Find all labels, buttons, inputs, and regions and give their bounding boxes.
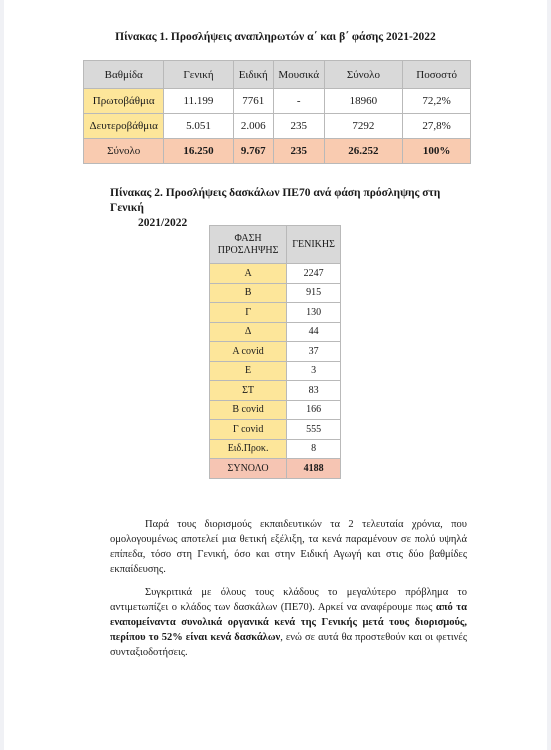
table1-row-label: Πρωτοβάθμια xyxy=(84,89,164,114)
table1-cell: 11.199 xyxy=(164,89,233,114)
paragraph-teachers-shortage: Συγκριτικά με όλους τους κλάδους το μεγα… xyxy=(110,585,467,660)
table2-phase: Ειδ.Προκ. xyxy=(210,439,287,459)
table1-cell: 7292 xyxy=(324,114,403,139)
table2-phase: Ε xyxy=(210,361,287,381)
table1-total-cell: 26.252 xyxy=(324,139,403,164)
table2-value: 130 xyxy=(287,303,341,323)
table1-cell: 235 xyxy=(273,114,324,139)
table2-header: ΦΑΣΗ ΠΡΟΣΛΗΨΗΣ xyxy=(210,226,287,264)
table1-header-row: Βαθμίδα Γενική Ειδική Μουσικά Σύνολο Ποσ… xyxy=(84,61,471,89)
table1-header: Γενική xyxy=(164,61,233,89)
table1-header: Μουσικά xyxy=(273,61,324,89)
table-row: Α2247 xyxy=(210,264,341,284)
table2-phase: Β covid xyxy=(210,400,287,420)
table1-total-cell: 9.767 xyxy=(233,139,273,164)
table2-value: 44 xyxy=(287,322,341,342)
table-row: Δευτεροβάθμια 5.051 2.006 235 7292 27,8% xyxy=(84,114,471,139)
table2-value: 555 xyxy=(287,420,341,440)
table1-cell: 27,8% xyxy=(403,114,471,139)
table-row: Α covid37 xyxy=(210,342,341,362)
paragraph-text: Συγκριτικά με όλους τους κλάδους το μεγα… xyxy=(110,587,467,613)
table2-total-value: 4188 xyxy=(287,459,341,479)
table2-phase: Δ xyxy=(210,322,287,342)
table-row: Πρωτοβάθμια 11.199 7761 - 18960 72,2% xyxy=(84,89,471,114)
table-row: Ειδ.Προκ.8 xyxy=(210,439,341,459)
table1-cell: 2.006 xyxy=(233,114,273,139)
table2-value: 37 xyxy=(287,342,341,362)
table2-phase: Α covid xyxy=(210,342,287,362)
table2-total-label: ΣΥΝΟΛΟ xyxy=(210,459,287,479)
table1-cell: 7761 xyxy=(233,89,273,114)
table1-header: Σύνολο xyxy=(324,61,403,89)
table2-phase: Β xyxy=(210,283,287,303)
table2-value: 83 xyxy=(287,381,341,401)
table2-value: 8 xyxy=(287,439,341,459)
table2-value: 166 xyxy=(287,400,341,420)
table2-phase: Α xyxy=(210,264,287,284)
table-row: Ε3 xyxy=(210,361,341,381)
table-row: Γ covid555 xyxy=(210,420,341,440)
table1-total-cell: 100% xyxy=(403,139,471,164)
table2-value: 3 xyxy=(287,361,341,381)
table2-phase: Γ covid xyxy=(210,420,287,440)
table1-header: Ειδική xyxy=(233,61,273,89)
table-row: Β covid166 xyxy=(210,400,341,420)
table-row: Γ130 xyxy=(210,303,341,323)
paragraph-vacancies: Παρά τους διορισμούς εκπαιδευτικών τα 2 … xyxy=(110,517,467,577)
table1-header: Ποσοστό xyxy=(403,61,471,89)
table2-pe70-by-phase: ΦΑΣΗ ΠΡΟΣΛΗΨΗΣ ΓΕΝΙΚΗΣ Α2247 Β915 Γ130 Δ… xyxy=(209,225,341,479)
table1-total-label: Σύνολο xyxy=(84,139,164,164)
table-row: Δ44 xyxy=(210,322,341,342)
table1-total-cell: 16.250 xyxy=(164,139,233,164)
table1-caption: Πίνακας 1. Προσλήψεις αναπληρωτών α΄ και… xyxy=(0,30,551,45)
table2-value: 2247 xyxy=(287,264,341,284)
table-row: Β915 xyxy=(210,283,341,303)
table2-value: 915 xyxy=(287,283,341,303)
table1-total-cell: 235 xyxy=(273,139,324,164)
table1-row-label: Δευτεροβάθμια xyxy=(84,114,164,139)
table1-cell: 72,2% xyxy=(403,89,471,114)
table2-total-row: ΣΥΝΟΛΟ 4188 xyxy=(210,459,341,479)
table1-cell: 18960 xyxy=(324,89,403,114)
table2-phase: ΣΤ xyxy=(210,381,287,401)
table1-header: Βαθμίδα xyxy=(84,61,164,89)
table1-admissions-by-level: Βαθμίδα Γενική Ειδική Μουσικά Σύνολο Ποσ… xyxy=(83,60,471,164)
table2-header-row: ΦΑΣΗ ΠΡΟΣΛΗΨΗΣ ΓΕΝΙΚΗΣ xyxy=(210,226,341,264)
table2-header: ΓΕΝΙΚΗΣ xyxy=(287,226,341,264)
table2-phase: Γ xyxy=(210,303,287,323)
table1-cell: - xyxy=(273,89,324,114)
table2-caption-line1: Πίνακας 2. Προσλήψεις δασκάλων ΠΕ70 ανά … xyxy=(110,187,440,214)
table1-total-row: Σύνολο 16.250 9.767 235 26.252 100% xyxy=(84,139,471,164)
table-row: ΣΤ83 xyxy=(210,381,341,401)
table1-cell: 5.051 xyxy=(164,114,233,139)
